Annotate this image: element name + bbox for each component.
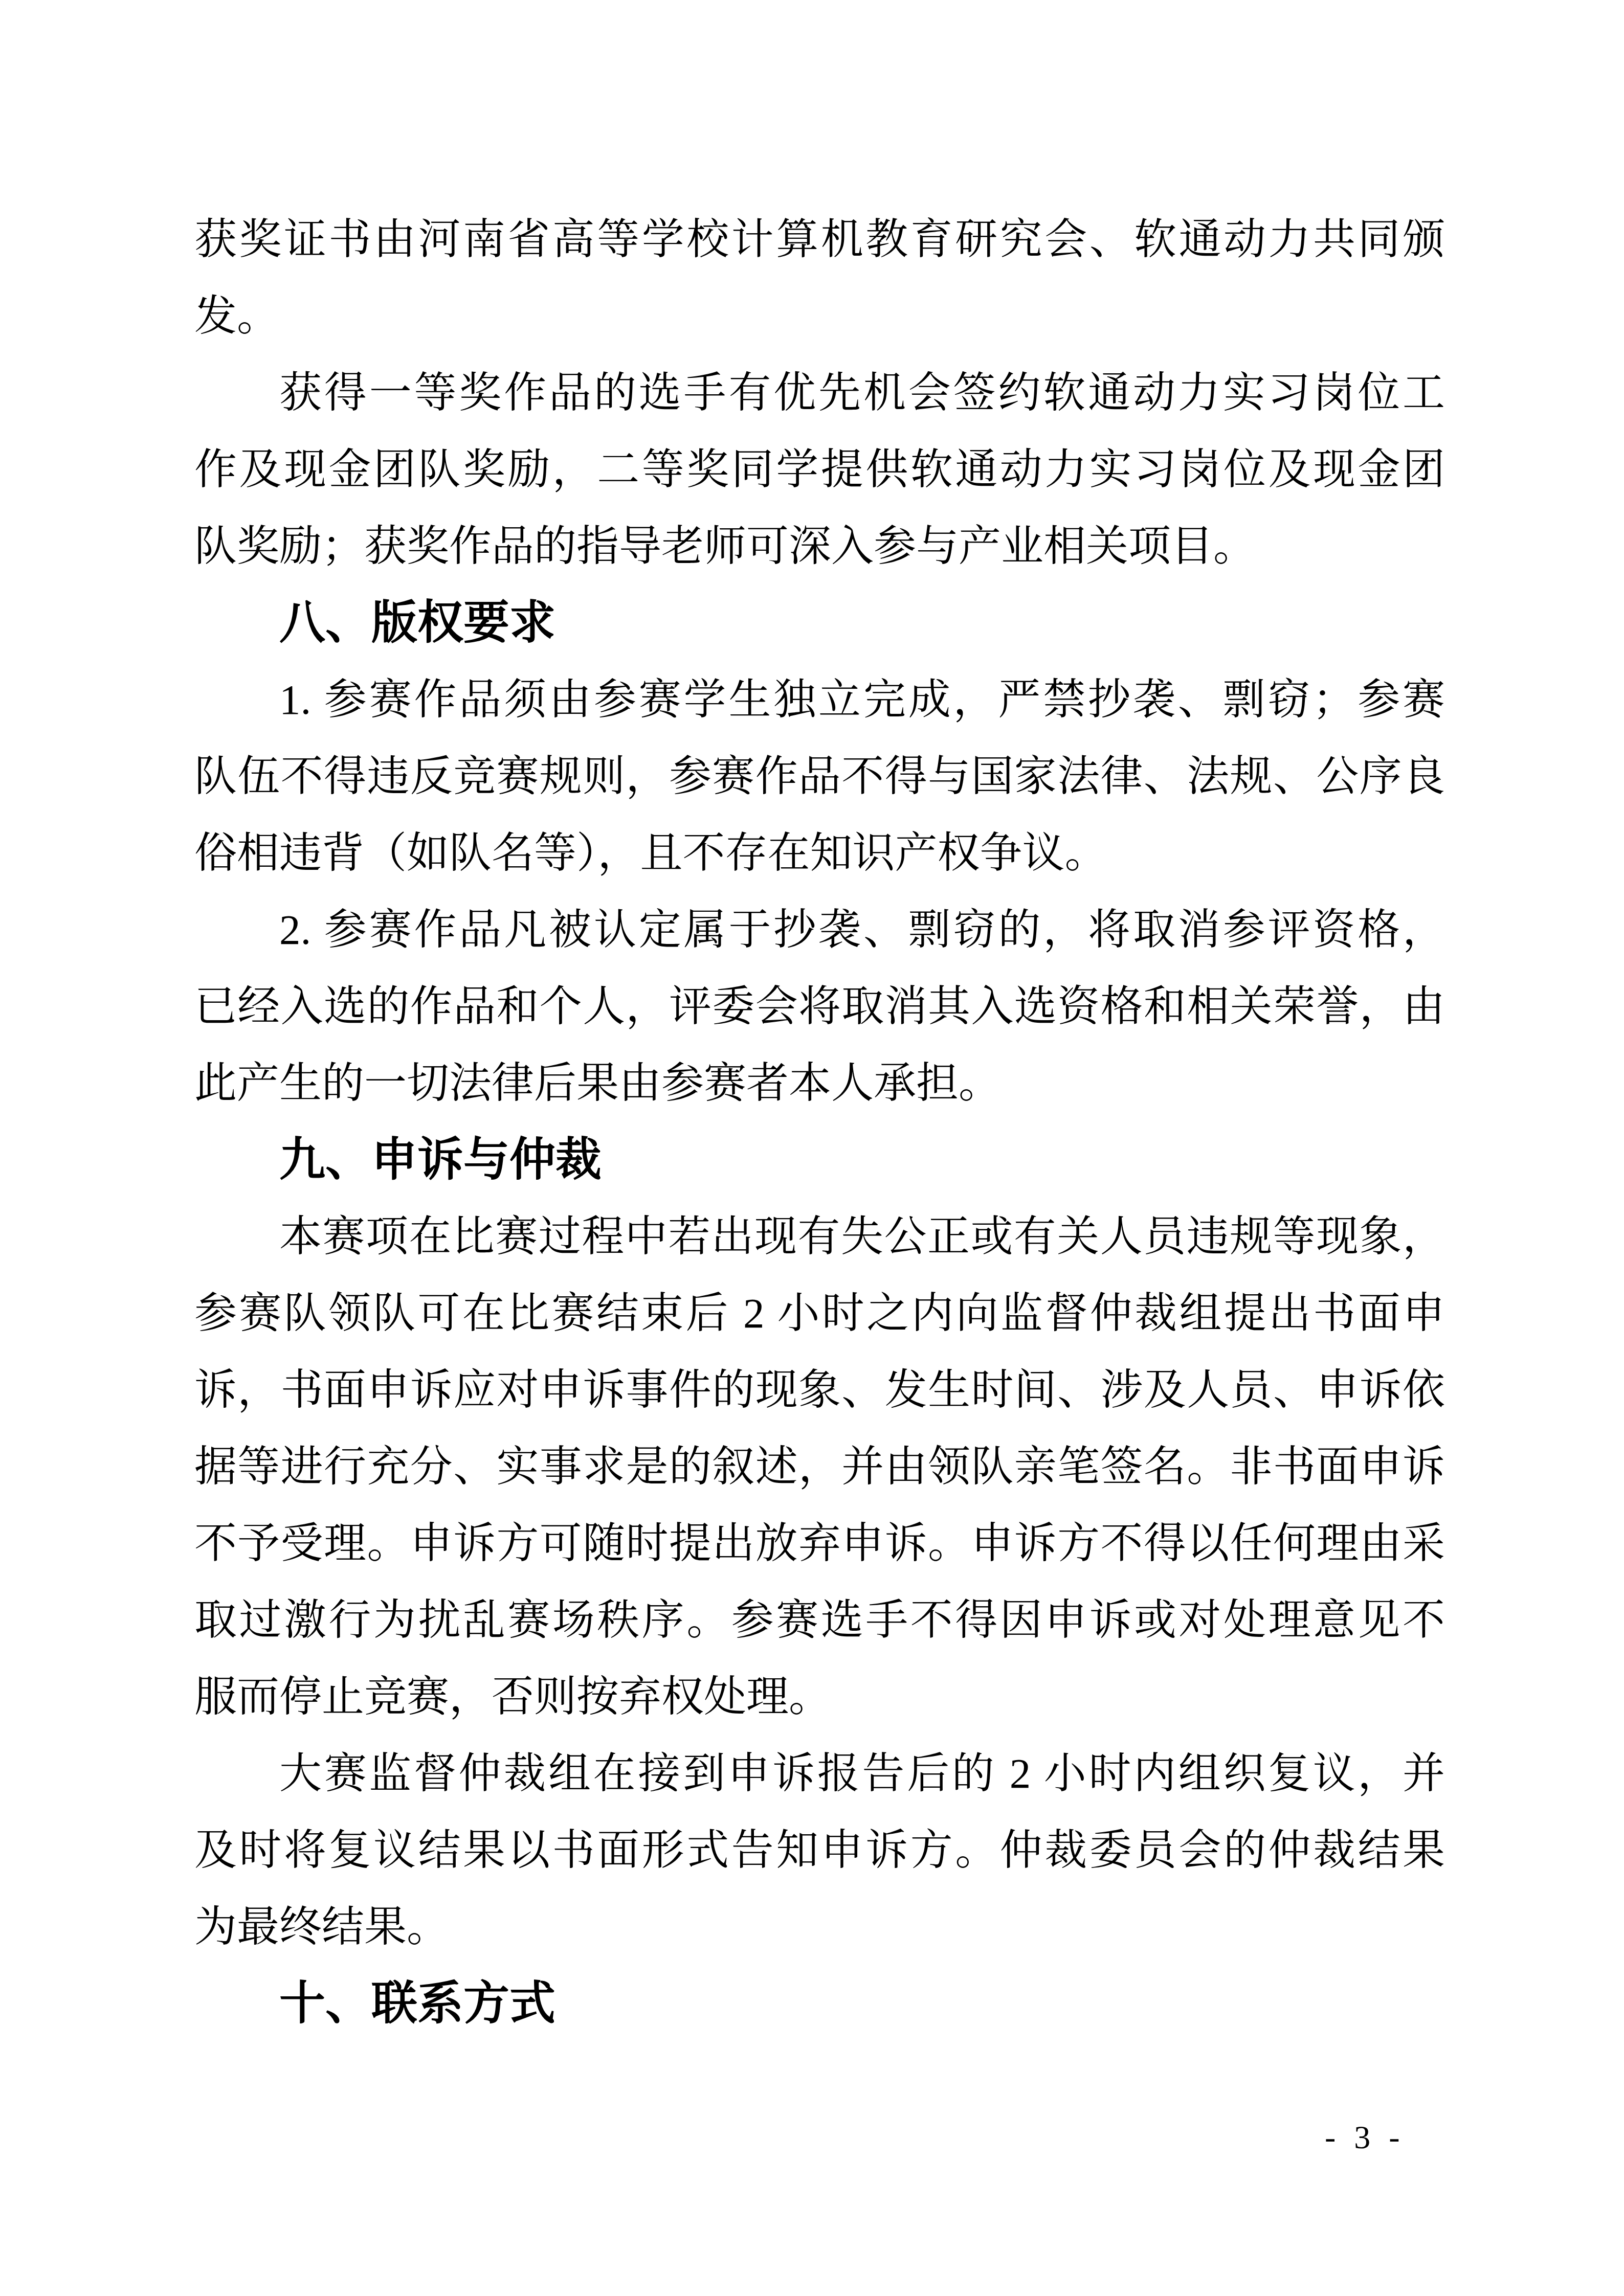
text-line: 获奖证书由河南省高等学校计算机教育研究会、软通动力共同颁: [194, 201, 1445, 278]
text-block: 获奖证书由河南省高等学校计算机教育研究会、软通动力共同颁发。获得一等奖作品的选手…: [194, 201, 1445, 2042]
text-line: 已经入选的作品和个人，评委会将取消其入选资格和相关荣誉，由: [194, 968, 1445, 1045]
text-line: 取过激行为扰乱赛场秩序。参赛选手不得因申诉或对处理意见不: [194, 1582, 1445, 1658]
text-line: 为最终结果。: [194, 1888, 1445, 1965]
text-line: 不予受理。申诉方可随时提出放弃申诉。申诉方不得以任何理由采: [194, 1505, 1445, 1582]
text-line: 此产生的一切法律后果由参赛者本人承担。: [194, 1045, 1445, 1121]
text-line: 及时将复议结果以书面形式告知申诉方。仲裁委员会的仲裁结果: [194, 1812, 1445, 1888]
text-line: 参赛队领队可在比赛结束后 2 小时之内向监督仲裁组提出书面申: [194, 1275, 1445, 1352]
text-line: 1. 参赛作品须由参赛学生独立完成，严禁抄袭、剽窃；参赛: [194, 661, 1445, 738]
section-heading: 十、联系方式: [194, 1965, 1445, 2042]
section-heading: 八、版权要求: [194, 584, 1445, 661]
text-line: 据等进行充分、实事求是的叙述，并由领队亲笔签名。非书面申诉: [194, 1428, 1445, 1505]
page-number: - 3 -: [1325, 2116, 1405, 2159]
text-line: 大赛监督仲裁组在接到申诉报告后的 2 小时内组织复议，并: [194, 1735, 1445, 1812]
text-line: 队奖励；获奖作品的指导老师可深入参与产业相关项目。: [194, 508, 1445, 584]
text-line: 发。: [194, 278, 1445, 354]
text-line: 服而停止竞赛，否则按弃权处理。: [194, 1658, 1445, 1735]
text-line: 诉，书面申诉应对申诉事件的现象、发生时间、涉及人员、申诉依: [194, 1352, 1445, 1428]
text-line: 2. 参赛作品凡被认定属于抄袭、剽窃的，将取消参评资格，: [194, 891, 1445, 968]
text-line: 获得一等奖作品的选手有优先机会签约软通动力实习岗位工: [194, 354, 1445, 431]
text-line: 队伍不得违反竞赛规则，参赛作品不得与国家法律、法规、公序良: [194, 738, 1445, 815]
text-line: 作及现金团队奖励，二等奖同学提供软通动力实习岗位及现金团: [194, 431, 1445, 508]
text-line: 本赛项在比赛过程中若出现有失公正或有关人员违规等现象，: [194, 1198, 1445, 1275]
text-line: 俗相违背（如队名等），且不存在知识产权争议。: [194, 815, 1445, 891]
section-heading: 九、申诉与仲裁: [194, 1121, 1445, 1198]
document-page: 获奖证书由河南省高等学校计算机教育研究会、软通动力共同颁发。获得一等奖作品的选手…: [0, 0, 1624, 2296]
